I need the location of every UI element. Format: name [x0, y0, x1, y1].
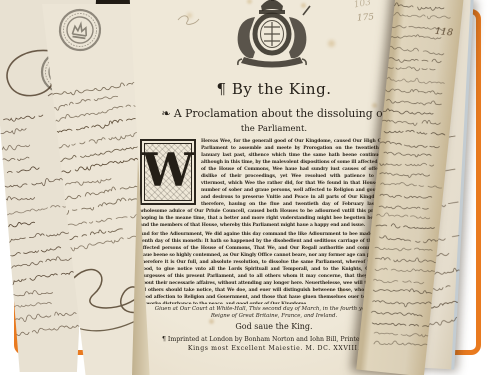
folio-mark-103: 103 [353, 0, 371, 10]
folio-mark-175: 175 [357, 13, 375, 23]
document-photo: ¶ By the King. ❧ A Proclamation about th… [0, 0, 500, 375]
crown-stamp-icon [55, 5, 105, 55]
proclamation-title-line1: ❧ A Proclamation about the dissoluing of [126, 107, 422, 120]
royal-coat-of-arms [222, 0, 322, 74]
body-paragraph-2: And for the Adiournment, We did againe t… [140, 231, 398, 304]
folio-number-118: 118 [434, 26, 453, 39]
proclamation-title-line2: the Parliament. [126, 124, 422, 134]
dateline: Giuen at Our Court at White-Hall, This s… [154, 306, 394, 320]
proclamation-heading: ¶ By the King. [126, 80, 422, 98]
proclamation-body: W Hereas Wee, for the generall good of O… [140, 138, 398, 304]
woodcut-initial-w: W [140, 139, 196, 205]
